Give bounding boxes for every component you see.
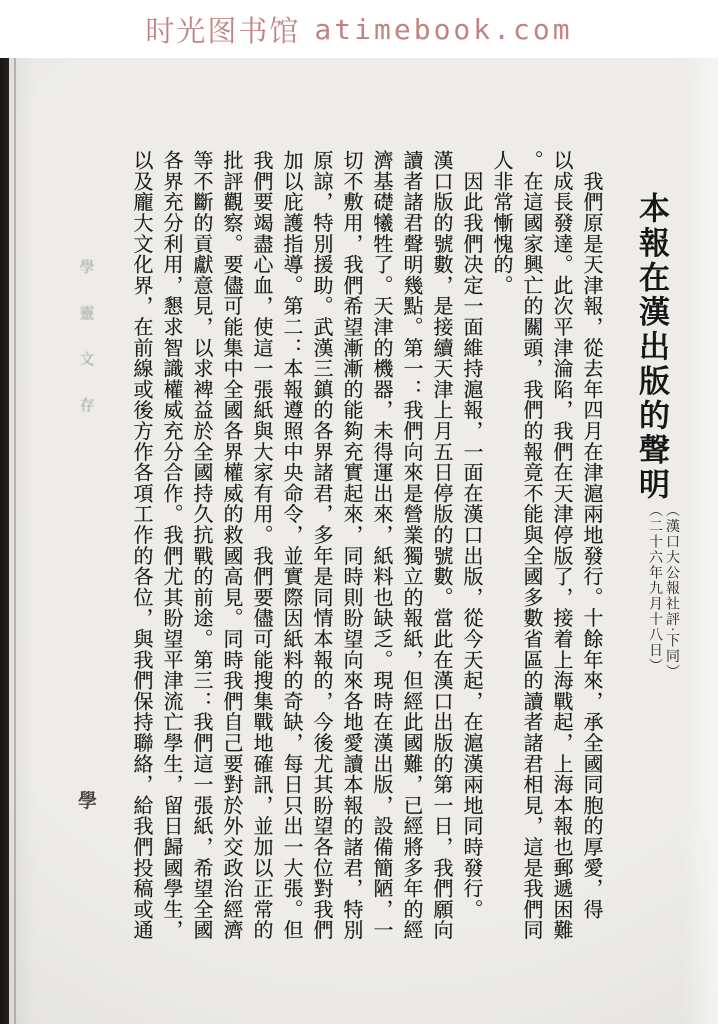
text-column: 加以庇護指導。第二：本報遵照中央命令，並實際因紙料的奇缺，每日只出一大張。但 [276, 150, 306, 954]
text-column: 人非常慚愧的。 [486, 150, 516, 954]
text-column: 我們要竭盡心血，使這一張紙與大家有用。我們要儘可能搜集戰地確訊，並加以正常的 [246, 150, 276, 954]
margin-mark: 靈 [76, 302, 98, 323]
text-column: 我們原是天津報，從去年四月在津滬兩地發行。十餘年來，承全國同胞的厚愛，得 [576, 150, 606, 954]
text-column: 以及龐大文化界，在前線或後方作各項工作的各位，與我們保持聯絡，給我們投稿或通 [126, 150, 156, 954]
margin-bottom-mark: 學 [78, 786, 97, 813]
article-body: 我們原是天津報，從去年四月在津滬兩地發行。十餘年來，承全國同胞的厚愛，得 以成長… [126, 150, 606, 954]
article-subtitle: （漢口大公報社評·下同） （二十六年九月十八日） [646, 503, 680, 680]
watermark-site-url: atimebook.com [314, 13, 572, 46]
text-column: 。在這國家興亡的關頭，我們的報竟不能與全國多數省區的讀者諸君相見，這是我們同 [516, 150, 546, 954]
subtitle-date: （二十六年九月十八日） [646, 503, 663, 680]
text-column: 以成長發達。此次平津淪陷，我們在天津停版了，接着上海戰起，上海本報也郵遞困難 [546, 150, 576, 954]
watermark-banner: 时光图书馆 atimebook.com [0, 0, 718, 58]
text-column: 切不敷用，我們希望漸漸的能夠充實起來，同時則盼望向來各地愛讀本報的諸君，特別 [336, 150, 366, 954]
subtitle-source: （漢口大公報社評·下同） [663, 503, 680, 680]
text-column: 各界充分利用，懇求智識權威充分合作。我們尤其盼望平津流亡學生，留日歸國學生， [156, 150, 186, 954]
text-column: 讀者諸君聲明幾點。第一：我們向來是營業獨立的報紙，但經此國難，已經將多年的經 [396, 150, 426, 954]
margin-stamp-marks: 學 靈 文 存 [76, 256, 98, 440]
text-column: 原諒，特別援助。武漢三鎮的各界諸君，多年是同情本報的，今後尤其盼望各位對我們 [306, 150, 336, 954]
book-spine-shadow [0, 58, 9, 1024]
spine-crease-line [14, 58, 16, 1024]
scanned-book-page: 时光图书馆 atimebook.com 本報在漢出版的聲明 （漢口大公報社評·下… [0, 0, 718, 1024]
watermark-site-name: 时光图书馆 [145, 9, 300, 50]
page-paper: 本報在漢出版的聲明 （漢口大公報社評·下同） （二十六年九月十八日） 我們原是天… [0, 58, 718, 1024]
text-column: 漢口版的號數，是接續天津上月五日停版的號數。當此在漢口出版的第一日，我們願向 [426, 150, 456, 954]
margin-mark: 文 [76, 348, 98, 369]
article-title: 本報在漢出版的聲明 [629, 192, 674, 503]
text-column: 濟基礎犧牲了。天津的機器，未得運出來，紙料也缺乏。現時在漢出版，設備簡陋，一 [366, 150, 396, 954]
margin-mark: 存 [76, 394, 98, 415]
text-column: 等不斷的貢獻意見，以求裨益於全國持久抗戰的前途。第三：我們這一張紙，希望全國 [186, 150, 216, 954]
text-column: 批評觀察。要儘可能集中全國各界權威的救國高見。同時我們自己要對於外交政治經濟 [216, 150, 246, 954]
margin-mark: 學 [76, 256, 98, 277]
text-column: 因此我們决定一面維持滬報，一面在漢口出版，從今天起，在滬漢兩地同時發行。 [456, 150, 486, 954]
